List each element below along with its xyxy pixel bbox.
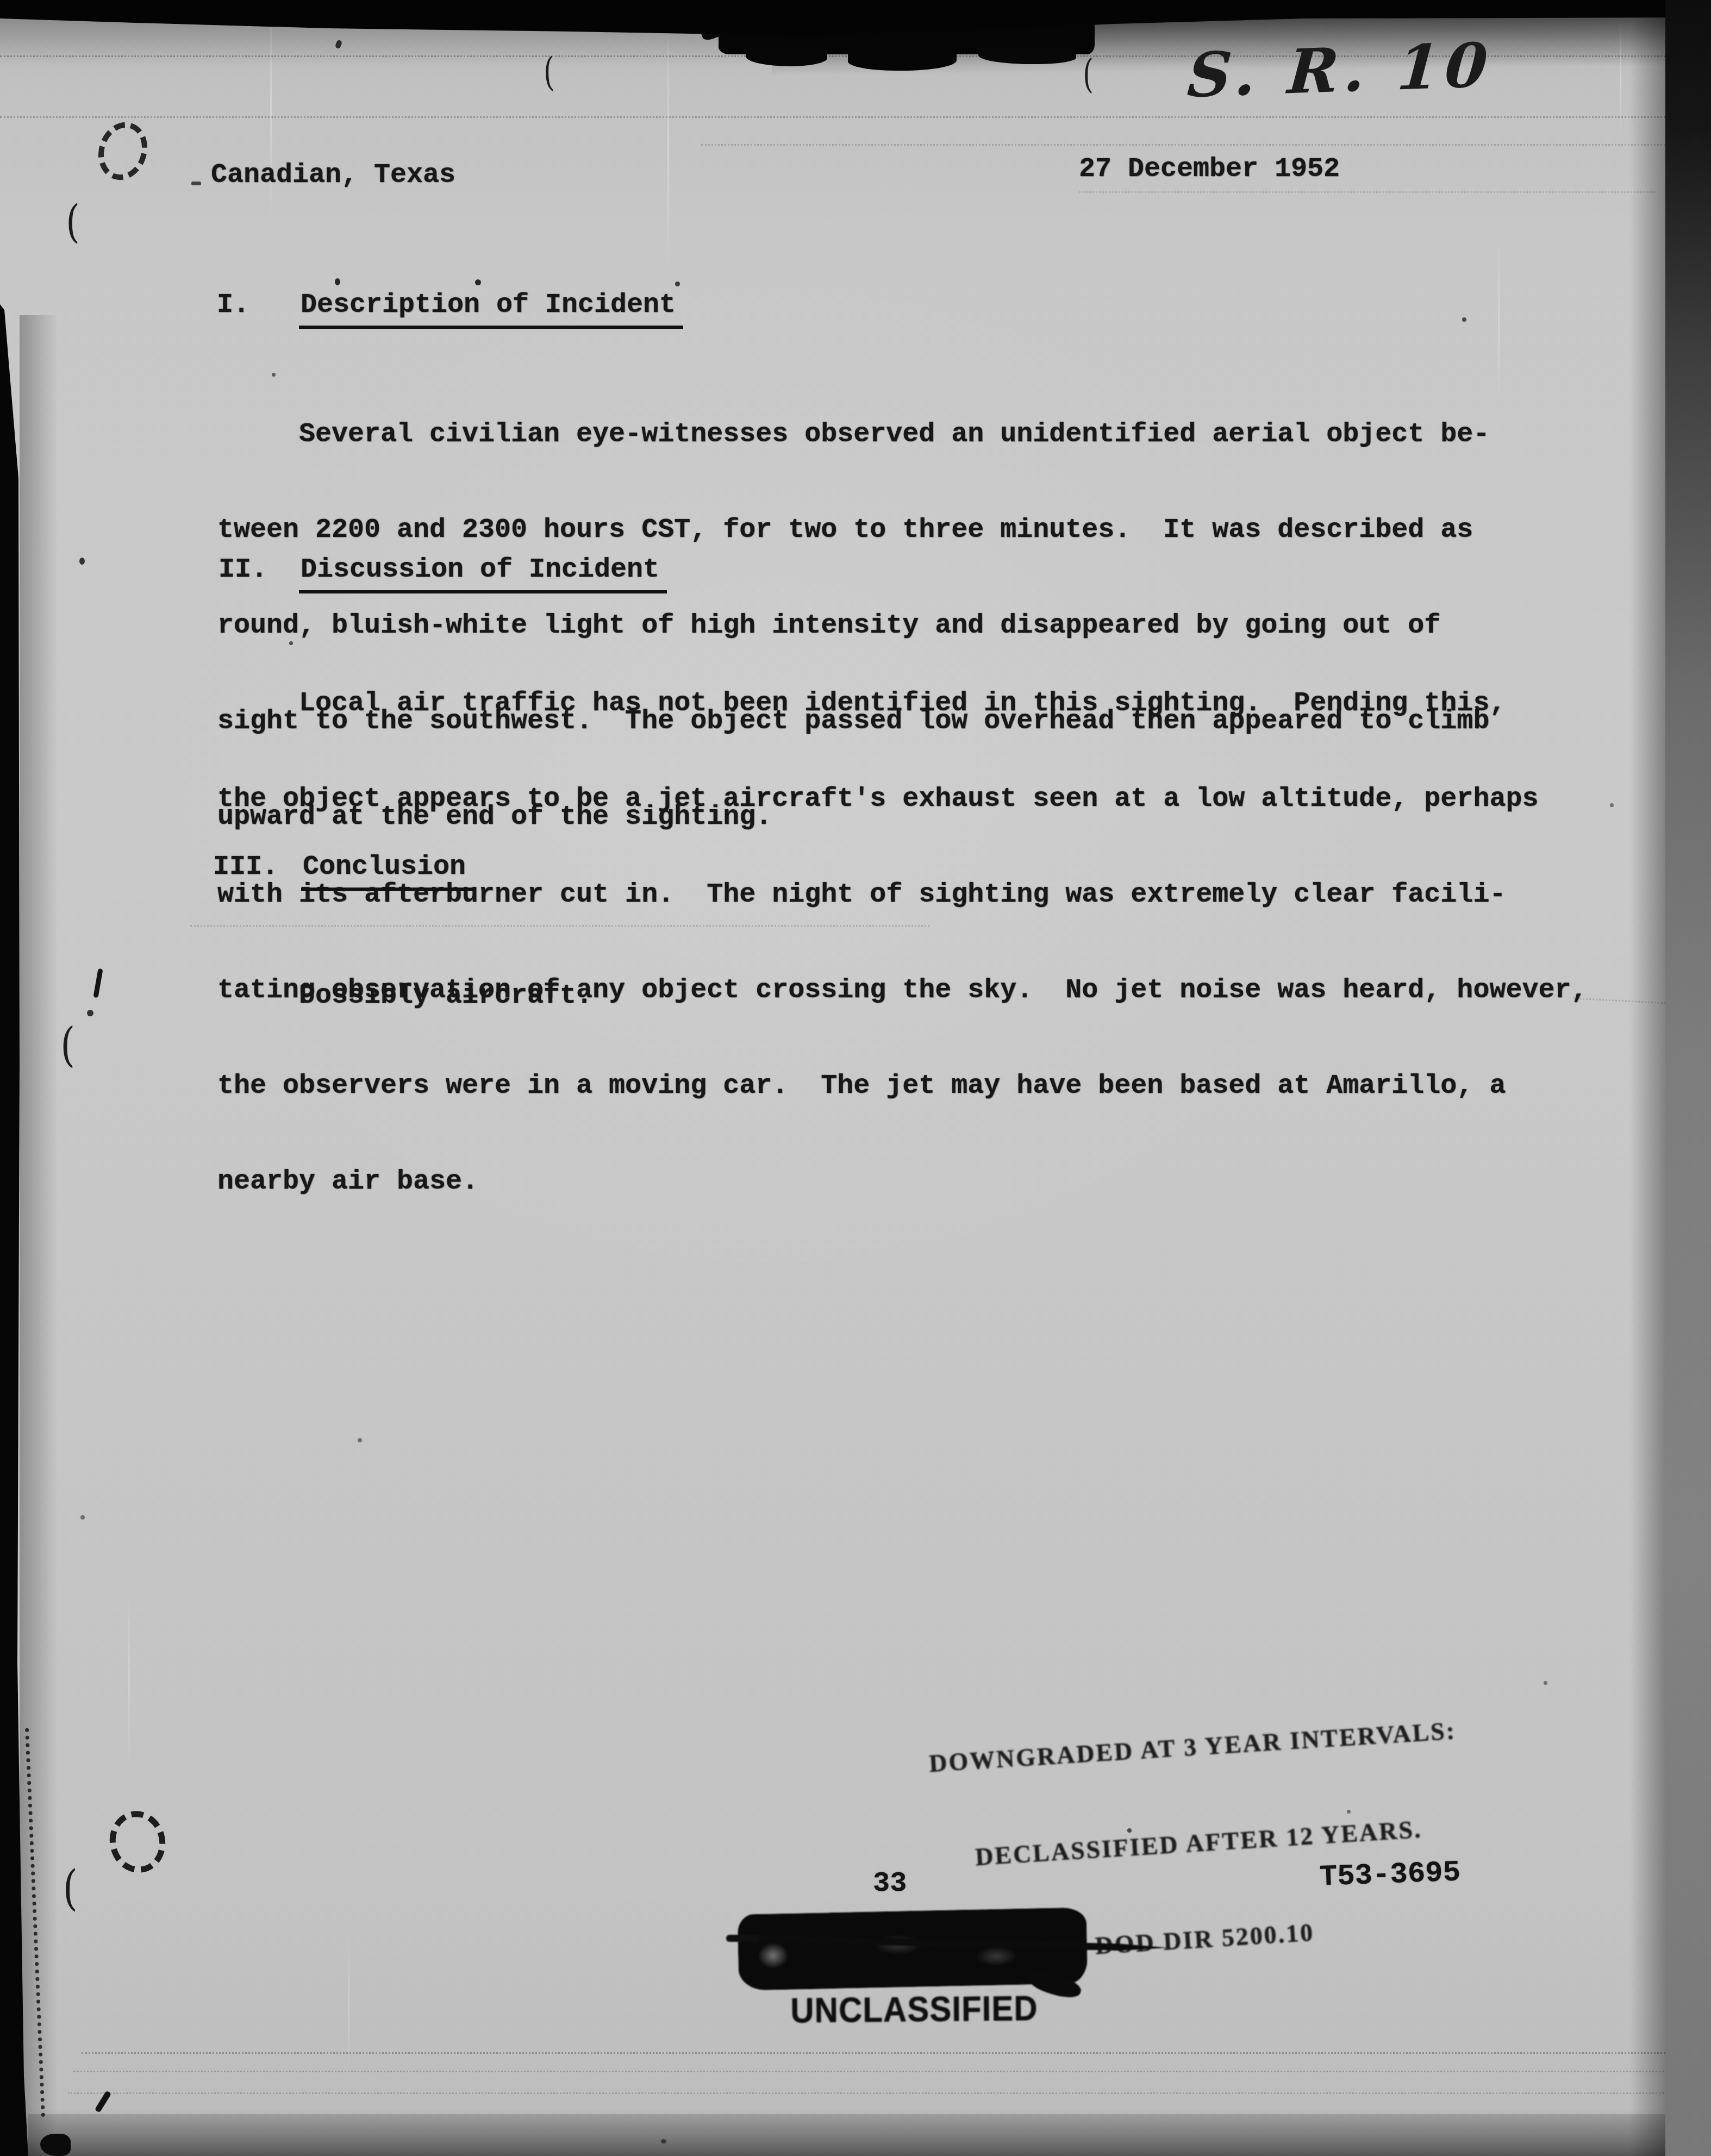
scan-corner-blob (40, 2134, 71, 2156)
scanned-document-page: ( ( ( ( ( Canadian, Texas 27 December 19… (0, 0, 1711, 2156)
scan-edge-right (1665, 0, 1711, 2156)
downgrade-stamp-line: DECLASSIFIED AFTER 12 YEARS. (878, 1807, 1520, 1879)
redaction-blob-edge (848, 50, 957, 71)
scan-edge-bottom (28, 2114, 1711, 2156)
unclassified-stamp: UNCLASSIFIED (790, 1988, 1038, 2031)
scan-right-shadow (1629, 16, 1665, 2156)
stamp-layer: DOWNGRADED AT 3 YEAR INTERVALS: DECLASSI… (0, 0, 1711, 2156)
scan-left-shadow (20, 315, 58, 2156)
downgrade-stamp-line: DOWNGRADED AT 3 YEAR INTERVALS: (871, 1711, 1513, 1783)
strike-through-stub (726, 1935, 759, 1942)
